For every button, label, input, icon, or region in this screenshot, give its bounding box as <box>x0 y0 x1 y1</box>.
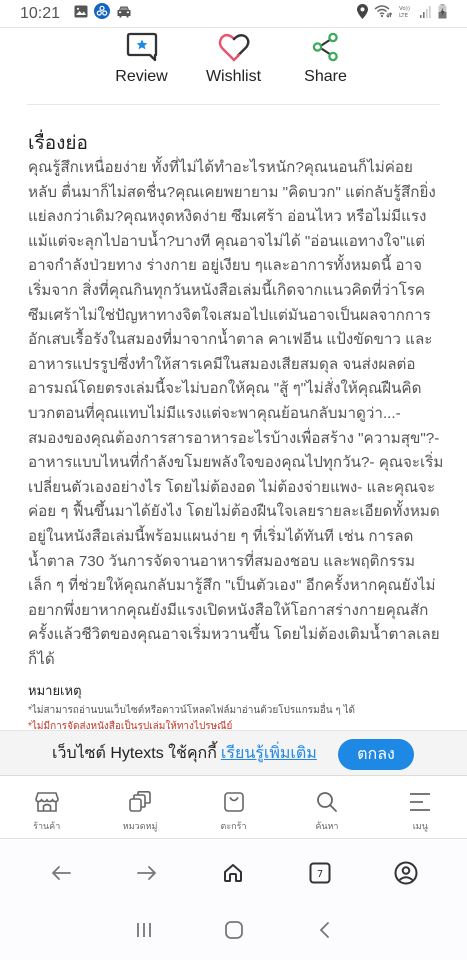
nav-item-store[interactable]: ร้านค้า <box>0 777 93 838</box>
browser-back-button[interactable] <box>41 855 81 895</box>
browser-account-button[interactable] <box>386 855 426 895</box>
volte-icon: Vo))LTE <box>398 4 414 23</box>
system-nav-bar <box>0 912 467 952</box>
nav-label: ค้นหา <box>315 819 338 833</box>
cookie-banner: เว็บไซต์ Hytexts ใช้คุกกี้เรียนรู้เพิ่มเ… <box>0 730 467 776</box>
tabs-icon: 7 <box>309 862 331 889</box>
notes-title: หมายเหตุ <box>28 680 82 701</box>
note-item: *ไม่สามารถอ่านบนเว็บไซต์หรือดาวน์โหลดไฟล… <box>28 703 355 718</box>
nav-label: ตะกร้า <box>221 819 247 833</box>
nav-item-menu[interactable]: เมนู <box>374 777 467 838</box>
car-icon <box>116 5 132 23</box>
synopsis-line: ครั้งแล้วชีวิตของคุณอาจเริ่มหวานขึ้น โดย… <box>28 623 442 648</box>
synopsis-line: อารมณ์โดยตรงเล่มนี้จะไม่บอกให้คุณ "สู้ ๆ… <box>28 377 442 402</box>
synopsis-line: อาจกำลังป่วยทาง ร่างกาย อยู่เงียบ ๆและอา… <box>28 254 442 279</box>
synopsis-line: แม้แต่จะลุกไปอาบน้ำ?บางที คุณอาจไม่ได้ "… <box>28 230 442 255</box>
location-icon <box>357 4 368 24</box>
share-label: Share <box>304 68 347 86</box>
browser-forward-button[interactable] <box>127 855 167 895</box>
synopsis-title: เรื่องย่อ <box>28 128 88 158</box>
home-icon <box>223 863 243 888</box>
system-home-button[interactable] <box>189 912 279 952</box>
image-icon <box>74 5 88 23</box>
review-label: Review <box>115 68 167 86</box>
home-icon <box>224 920 244 945</box>
back-arrow-icon <box>51 865 71 886</box>
synopsis-line: อาหารแปรรูปซึ่งทำให้สารเคมีในสมองเสียสมด… <box>28 353 442 378</box>
synopsis-line: ซึมเศร้าไม่ใช่ปัญหาทางจิตใจเสมอไปแต่มันอ… <box>28 304 442 329</box>
synopsis-line: แย่ลงกว่าเดิม?คุณหงุดหงิดง่าย ซึมเศร้า อ… <box>28 205 442 230</box>
synopsis-line: ก็ได้ <box>28 648 442 673</box>
nav-label: เมนู <box>413 819 428 833</box>
review-icon <box>126 30 158 64</box>
synopsis-line: คุณรู้สึกเหนื่อยง่าย ทั้งที่ไม่ได้ทำอะไร… <box>28 156 442 181</box>
synopsis-line: ค่อย ๆ ฟื้นขึ้นมาได้ยังไง โดยไม่ต้องฝืนใ… <box>28 500 442 525</box>
app-icon <box>94 3 110 24</box>
browser-home-button[interactable] <box>213 855 253 895</box>
synopsis-line: อยู่ในหนังสือเล่มนี้พร้อมแผนง่าย ๆ ที่เร… <box>28 525 442 550</box>
cart-icon <box>223 789 245 815</box>
product-actions: Review Wishlist Share <box>0 30 467 90</box>
synopsis-line: สมองของคุณต้องการสารอาหารอะไรบ้างเพื่อสร… <box>28 427 442 452</box>
back-icon <box>317 921 331 944</box>
cookie-text: เว็บไซต์ Hytexts ใช้คุกกี้เรียนรู้เพิ่มเ… <box>52 741 317 766</box>
store-icon <box>35 789 59 815</box>
system-back-button[interactable] <box>279 912 369 952</box>
section-divider <box>27 104 440 105</box>
battery-icon <box>438 4 447 24</box>
cookie-accept-button[interactable]: ตกลง <box>338 739 414 770</box>
wifi-icon <box>374 4 392 23</box>
tab-count: 7 <box>316 869 322 880</box>
status-bar: 10:21 Vo))LTE <box>0 0 467 28</box>
status-time: 10:21 <box>20 5 60 23</box>
site-bottom-nav: ร้านค้า หมวดหมู่ ตะกร้า ค้นหา เมนู <box>0 777 467 839</box>
synopsis-line: น้ำตาล 730 วันการจัดจานอาหารที่สมองชอบ แ… <box>28 550 442 575</box>
wishlist-button[interactable]: Wishlist <box>188 30 280 90</box>
nav-label: หมวดหมู่ <box>123 819 158 833</box>
nav-item-cart[interactable]: ตะกร้า <box>187 777 280 838</box>
share-button[interactable]: Share <box>280 30 372 90</box>
synopsis-line: อาหารแบบไหนที่กำลังขโมยพลังใจของคุณไปทุก… <box>28 451 442 476</box>
synopsis-line: อยากพึ่งยาหากคุณยังมีแรงเปิดหนังสือให้โอ… <box>28 599 442 624</box>
heart-icon <box>218 30 250 64</box>
recents-button[interactable] <box>99 912 189 952</box>
synopsis-body: คุณรู้สึกเหนื่อยง่าย ทั้งที่ไม่ได้ทำอะไร… <box>28 156 442 672</box>
synopsis-line: เปลี่ยนตัวเองอย่างไร โดยไม่ต้องอด ไม่ต้อ… <box>28 476 442 501</box>
search-icon <box>316 789 338 815</box>
categories-icon <box>128 789 152 815</box>
nav-item-categories[interactable]: หมวดหมู่ <box>93 777 186 838</box>
synopsis-line: เล็ก ๆ ที่ช่วยให้คุณกลับมารู้สึก "เป็นตั… <box>28 574 442 599</box>
browser-tabs-button[interactable]: 7 <box>300 855 340 895</box>
synopsis-line: หลับ ตื่นมาก็ไม่สดชื่น?คุณเคยพยายาม "คิด… <box>28 181 442 206</box>
learn-more-link[interactable]: เรียนรู้เพิ่มเติม <box>221 745 317 762</box>
share-icon <box>311 30 341 64</box>
recents-icon <box>135 921 153 944</box>
synopsis-line: บวกตอนที่คุณแทบไม่มีแรงแต่จะพาคุณย้อนกลั… <box>28 402 442 427</box>
browser-toolbar: 7 <box>0 840 467 960</box>
signal-icon <box>420 5 432 23</box>
review-button[interactable]: Review <box>96 30 188 90</box>
svg-text:Vo)): Vo)) <box>399 6 410 12</box>
wishlist-label: Wishlist <box>206 68 261 86</box>
nav-label: ร้านค้า <box>33 819 60 833</box>
synopsis-line: เริ่มจาก สิ่งที่คุณกินทุกวันหนังสือเล่มน… <box>28 279 442 304</box>
forward-arrow-icon <box>137 865 157 886</box>
svg-text:LTE: LTE <box>399 13 409 18</box>
nav-item-search[interactable]: ค้นหา <box>280 777 373 838</box>
menu-icon <box>409 789 431 815</box>
synopsis-line: อักเสบเรื้อรังในสมองที่มาจากน้ำตาล คาเฟอ… <box>28 328 442 353</box>
account-icon <box>394 861 418 890</box>
